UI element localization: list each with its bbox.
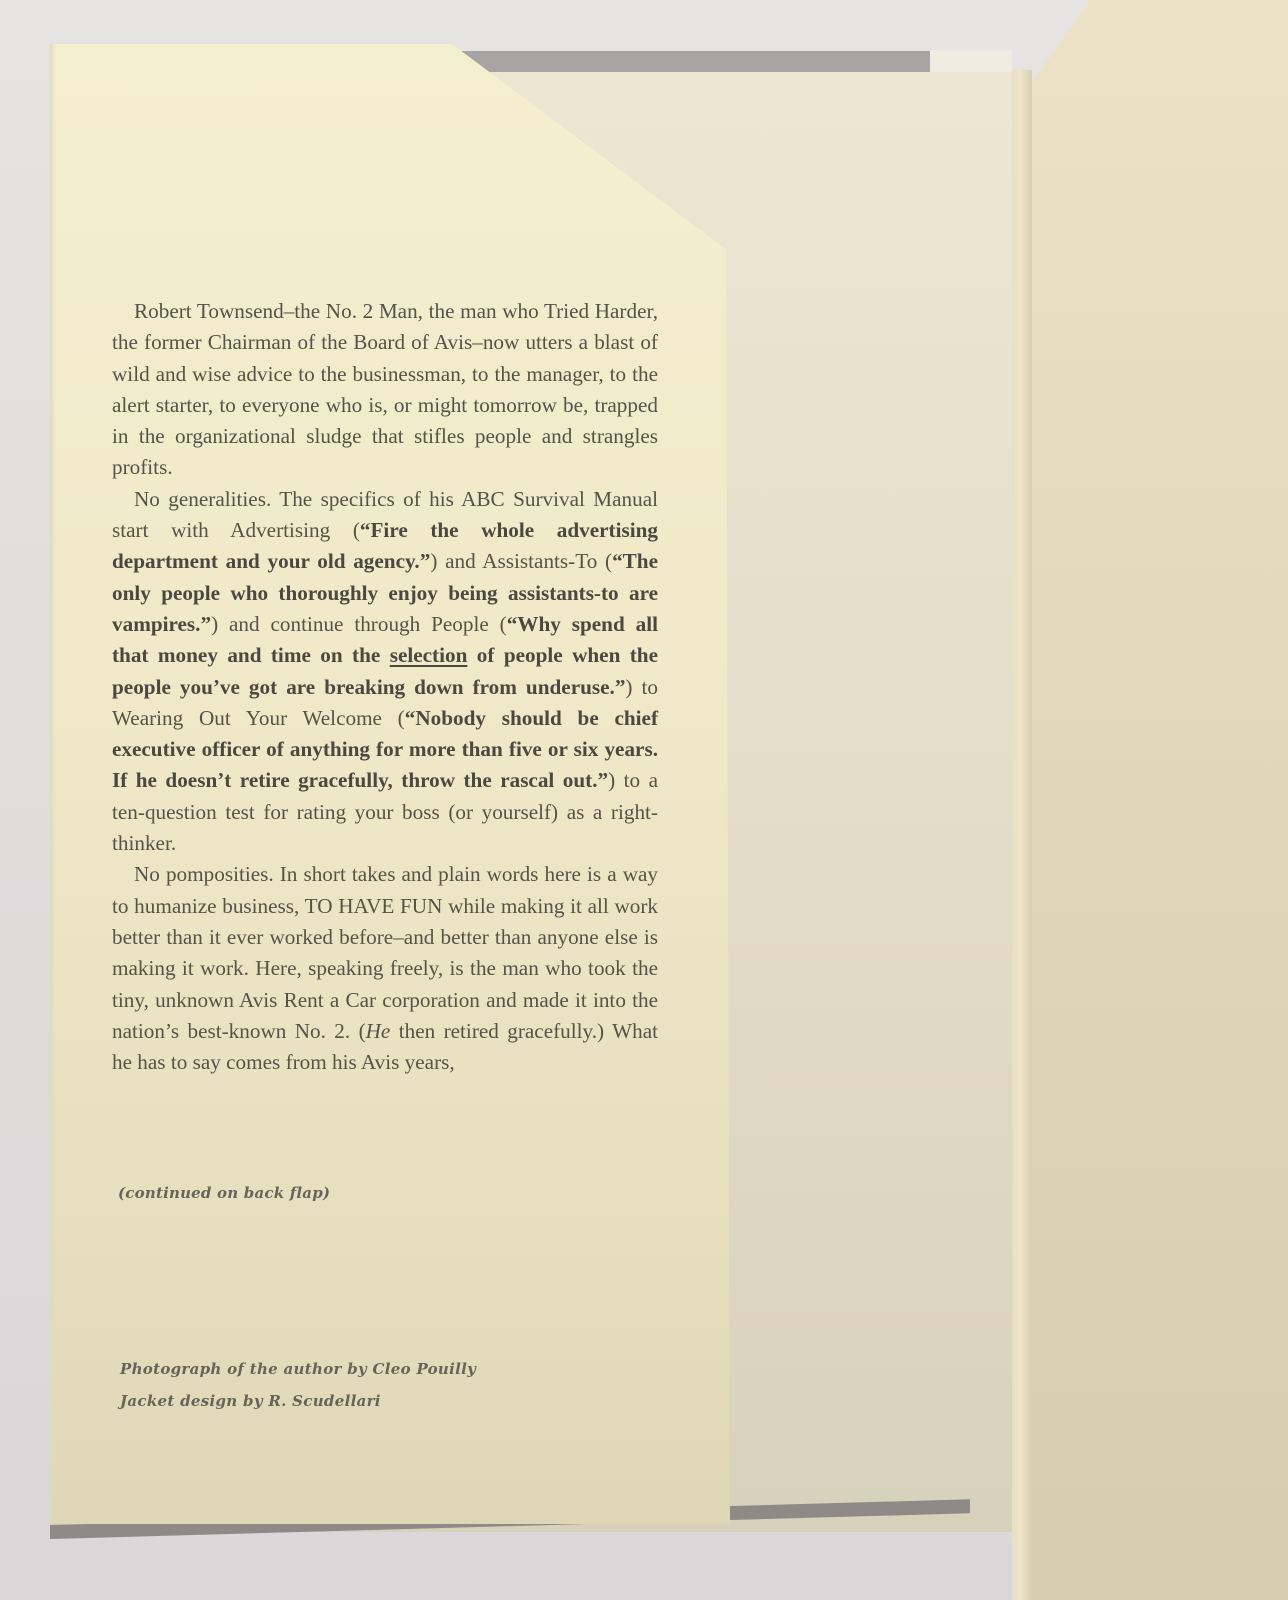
- book-photo: Robert Townsend–the No. 2 Man, the man w…: [0, 0, 1288, 1600]
- underlined-word: selection: [390, 643, 468, 667]
- cover-binding-top: [448, 51, 930, 73]
- spine-fold: [1012, 70, 1032, 1600]
- text-segment: No pomposities. In short takes and plain…: [112, 862, 658, 1042]
- flap-edge: [50, 44, 56, 1524]
- page-block-top: [930, 50, 1012, 74]
- jacket-design-credit: Jacket design by R. Scudellari: [120, 1392, 381, 1410]
- facing-page: [1032, 0, 1288, 1600]
- text-segment: Robert Townsend–the No. 2 Man, the man w…: [112, 299, 658, 479]
- paragraph-intro: Robert Townsend–the No. 2 Man, the man w…: [112, 296, 658, 484]
- continued-note: (continued on back flap): [118, 1184, 330, 1202]
- paragraph-specifics: No generalities. The specifics of his AB…: [112, 484, 658, 860]
- flap-copy: Robert Townsend–the No. 2 Man, the man w…: [112, 296, 658, 1078]
- text-segment: ) and continue through People (: [211, 612, 507, 636]
- italic-word: He: [366, 1019, 391, 1043]
- photo-credit: Photograph of the author by Cleo Pouilly: [120, 1360, 476, 1378]
- paragraph-pomposities: No pomposities. In short takes and plain…: [112, 859, 658, 1078]
- text-segment: ) and Assistants-To (: [430, 549, 612, 573]
